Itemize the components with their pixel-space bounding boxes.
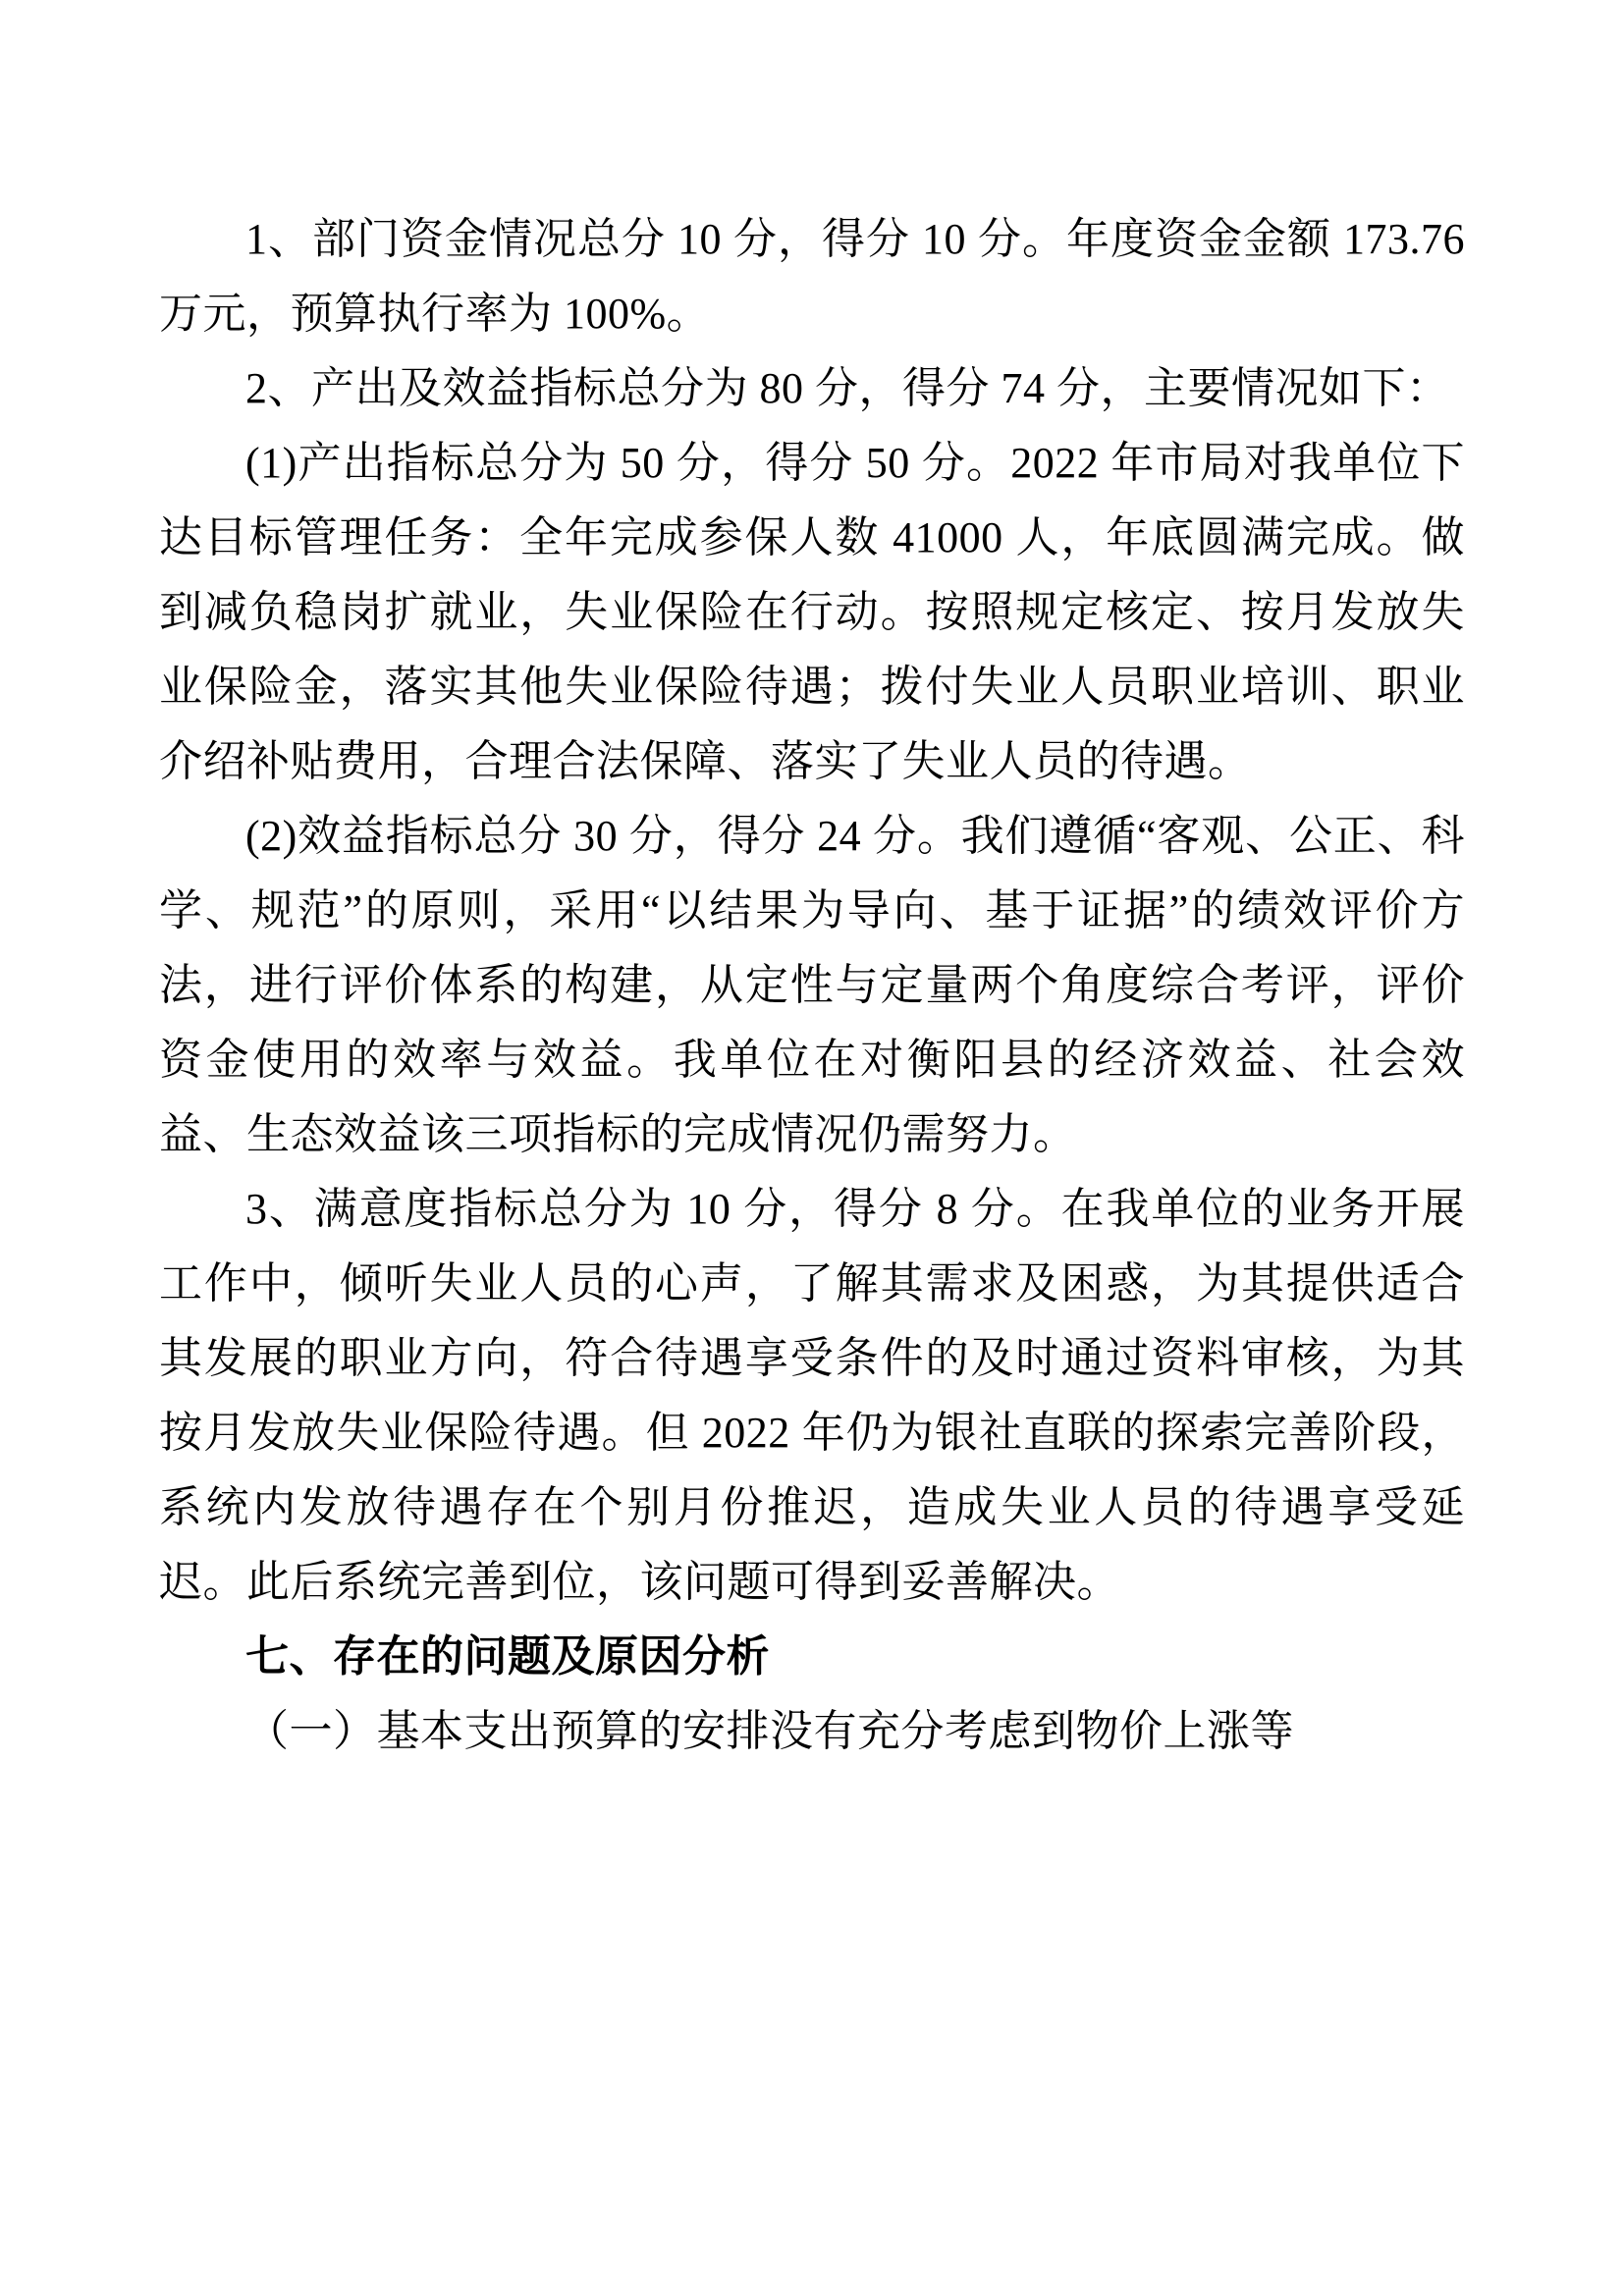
paragraph-output-indicator-detail: (1)产出指标总分为 50 分，得分 50 分。2022 年市局对我单位下达目标… — [159, 426, 1465, 799]
paragraph-output-benefit-score: 2、产出及效益指标总分为 80 分，得分 74 分，主要情况如下： — [159, 351, 1465, 426]
paragraph-department-funds-score: 1、部门资金情况总分 10 分，得分 10 分。年度资金金额 173.76 万元… — [159, 202, 1465, 351]
document-page: 1、部门资金情况总分 10 分，得分 10 分。年度资金金额 173.76 万元… — [0, 0, 1624, 2296]
paragraph-basic-expenditure-budget: （一）基本支出预算的安排没有充分考虑到物价上涨等 — [159, 1694, 1465, 1769]
document-body: 1、部门资金情况总分 10 分，得分 10 分。年度资金金额 173.76 万元… — [159, 202, 1465, 1769]
paragraph-benefit-indicator-detail: (2)效益指标总分 30 分，得分 24 分。我们遵循“客观、公正、科学、规范”… — [159, 799, 1465, 1172]
paragraph-satisfaction-indicator-detail: 3、满意度指标总分为 10 分，得分 8 分。在我单位的业务开展工作中，倾听失业… — [159, 1172, 1465, 1620]
section-heading-problems-analysis: 七、存在的问题及原因分析 — [159, 1620, 1465, 1694]
